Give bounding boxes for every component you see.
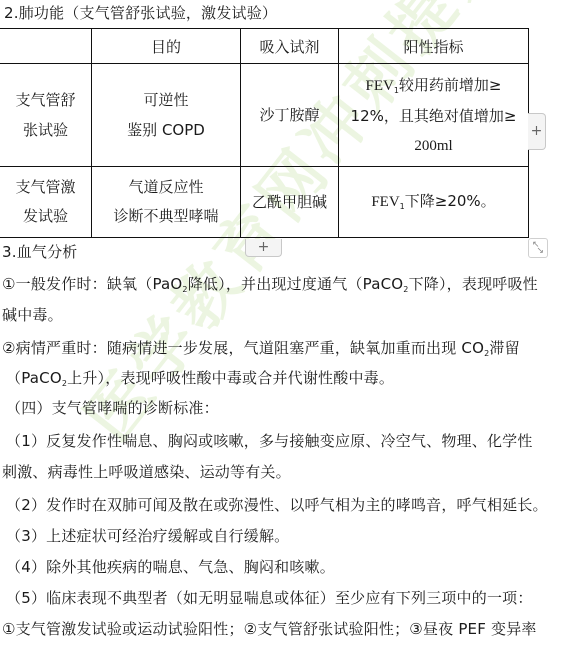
positive-line: 12%，且其绝对值增加≥	[339, 101, 528, 131]
positive-line: FEV1较用药前增加≥	[339, 70, 528, 101]
fev-label: FEV	[365, 78, 393, 94]
table-resize-handle[interactable]: ↖ ↘	[528, 238, 548, 258]
table-header-row: 目的 吸入试剂 阳性指标	[0, 29, 529, 64]
text-span: 下降），表现呼吸性	[409, 275, 538, 293]
fev-label: FEV	[371, 194, 399, 210]
table-row: 支气管激 发试验 气道反应性 诊断不典型哮喘 乙酰甲胆碱 FEV1下降≥20%。	[0, 167, 529, 238]
criteria-item: （1）反复发作性喘息、胸闷或咳嗽，多与接触变应原、冷空气、物理、化学性	[6, 431, 533, 451]
header-cell-reagent: 吸入试剂	[241, 29, 339, 64]
positive-line: 200ml	[339, 131, 528, 161]
text-span: 滞留	[489, 339, 519, 357]
reagent-cell: 沙丁胺醇	[241, 64, 339, 167]
purpose-line: 气道反应性	[92, 173, 240, 202]
criteria-item: （2）发作时在双肺可闻及散在或弥漫性、以呼气相为主的哮鸣音，呼气相延长。	[6, 495, 548, 515]
purpose-line: 鉴别 COPD	[92, 115, 240, 145]
positive-text: 下降≥20%。	[405, 192, 496, 210]
criteria-item: 刺激、病毒性上呼吸道感染、运动等有关。	[2, 462, 291, 482]
criteria-item: （3）上述症状可经治疗缓解或自行缓解。	[6, 526, 289, 546]
text-span: 降低），并出现过度通气（PaCO	[188, 275, 404, 293]
header-cell-empty	[0, 29, 92, 64]
criteria-item: （4）除外其他疾病的喘息、气急、胸闷和咳嗽。	[6, 557, 335, 577]
add-column-button[interactable]: +	[528, 113, 546, 150]
text-span: （PaCO	[6, 369, 62, 387]
purpose-line: 可逆性	[92, 85, 240, 115]
test-name-line: 支气管舒	[0, 85, 91, 115]
test-name-line: 张试验	[0, 115, 91, 145]
criteria-item: （5）临床表现不典型者（如无明显喘息或体征）至少应有下列三项中的一项：	[6, 588, 533, 608]
purpose-line: 诊断不典型哮喘	[92, 202, 240, 231]
purpose-cell: 气道反应性 诊断不典型哮喘	[92, 167, 241, 238]
lung-function-table: 目的 吸入试剂 阳性指标 支气管舒 张试验 可逆性 鉴别 COPD 沙丁胺醇 F…	[0, 28, 529, 238]
section-3-title: 3.血气分析	[2, 242, 78, 262]
paragraph-line: ①一般发作时：缺氧（PaO2降低），并出现过度通气（PaCO2下降），表现呼吸性	[2, 274, 538, 294]
purpose-cell: 可逆性 鉴别 COPD	[92, 64, 241, 167]
section-2-title: 2.肺功能（支气管舒张试验，激发试验）	[4, 3, 277, 23]
table-row: 支气管舒 张试验 可逆性 鉴别 COPD 沙丁胺醇 FEV1较用药前增加≥ 12…	[0, 64, 529, 167]
section-4-title: （四）支气管哮喘的诊断标准：	[6, 398, 219, 418]
positive-text: 较用药前增加≥	[399, 76, 502, 94]
test-name-line: 发试验	[0, 202, 91, 231]
test-name-cell: 支气管激 发试验	[0, 167, 92, 238]
positive-line: FEV1下降≥20%。	[339, 187, 528, 217]
positive-indicator-cell: FEV1较用药前增加≥ 12%，且其绝对值增加≥ 200ml	[339, 64, 529, 167]
header-cell-positive: 阳性指标	[339, 29, 529, 64]
test-name-line: 支气管激	[0, 173, 91, 202]
paragraph-line: 碱中毒。	[2, 305, 63, 325]
paragraph-line: ②病情严重时：随病情进一步发展，气道阻塞严重，缺氧加重而出现 CO2滞留	[2, 338, 520, 358]
positive-indicator-cell: FEV1下降≥20%。	[339, 167, 529, 238]
resize-arrow-icon: ↘	[536, 246, 544, 256]
add-row-button[interactable]: +	[245, 239, 282, 257]
paragraph-line: （PaCO2上升），表现呼吸性酸中毒或合并代谢性酸中毒。	[6, 368, 394, 388]
text-span: ①一般发作时：缺氧（PaO	[2, 275, 182, 293]
text-span: ②病情严重时：随病情进一步发展，气道阻塞严重，缺氧加重而出现 CO	[2, 339, 484, 357]
test-name-cell: 支气管舒 张试验	[0, 64, 92, 167]
criteria-item: ①支气管激发试验或运动试验阳性；②支气管舒张试验阳性；③昼夜 PEF 变异率	[2, 619, 537, 639]
text-span: 上升），表现呼吸性酸中毒或合并代谢性酸中毒。	[67, 369, 394, 387]
reagent-cell: 乙酰甲胆碱	[241, 167, 339, 238]
header-cell-purpose: 目的	[92, 29, 241, 64]
